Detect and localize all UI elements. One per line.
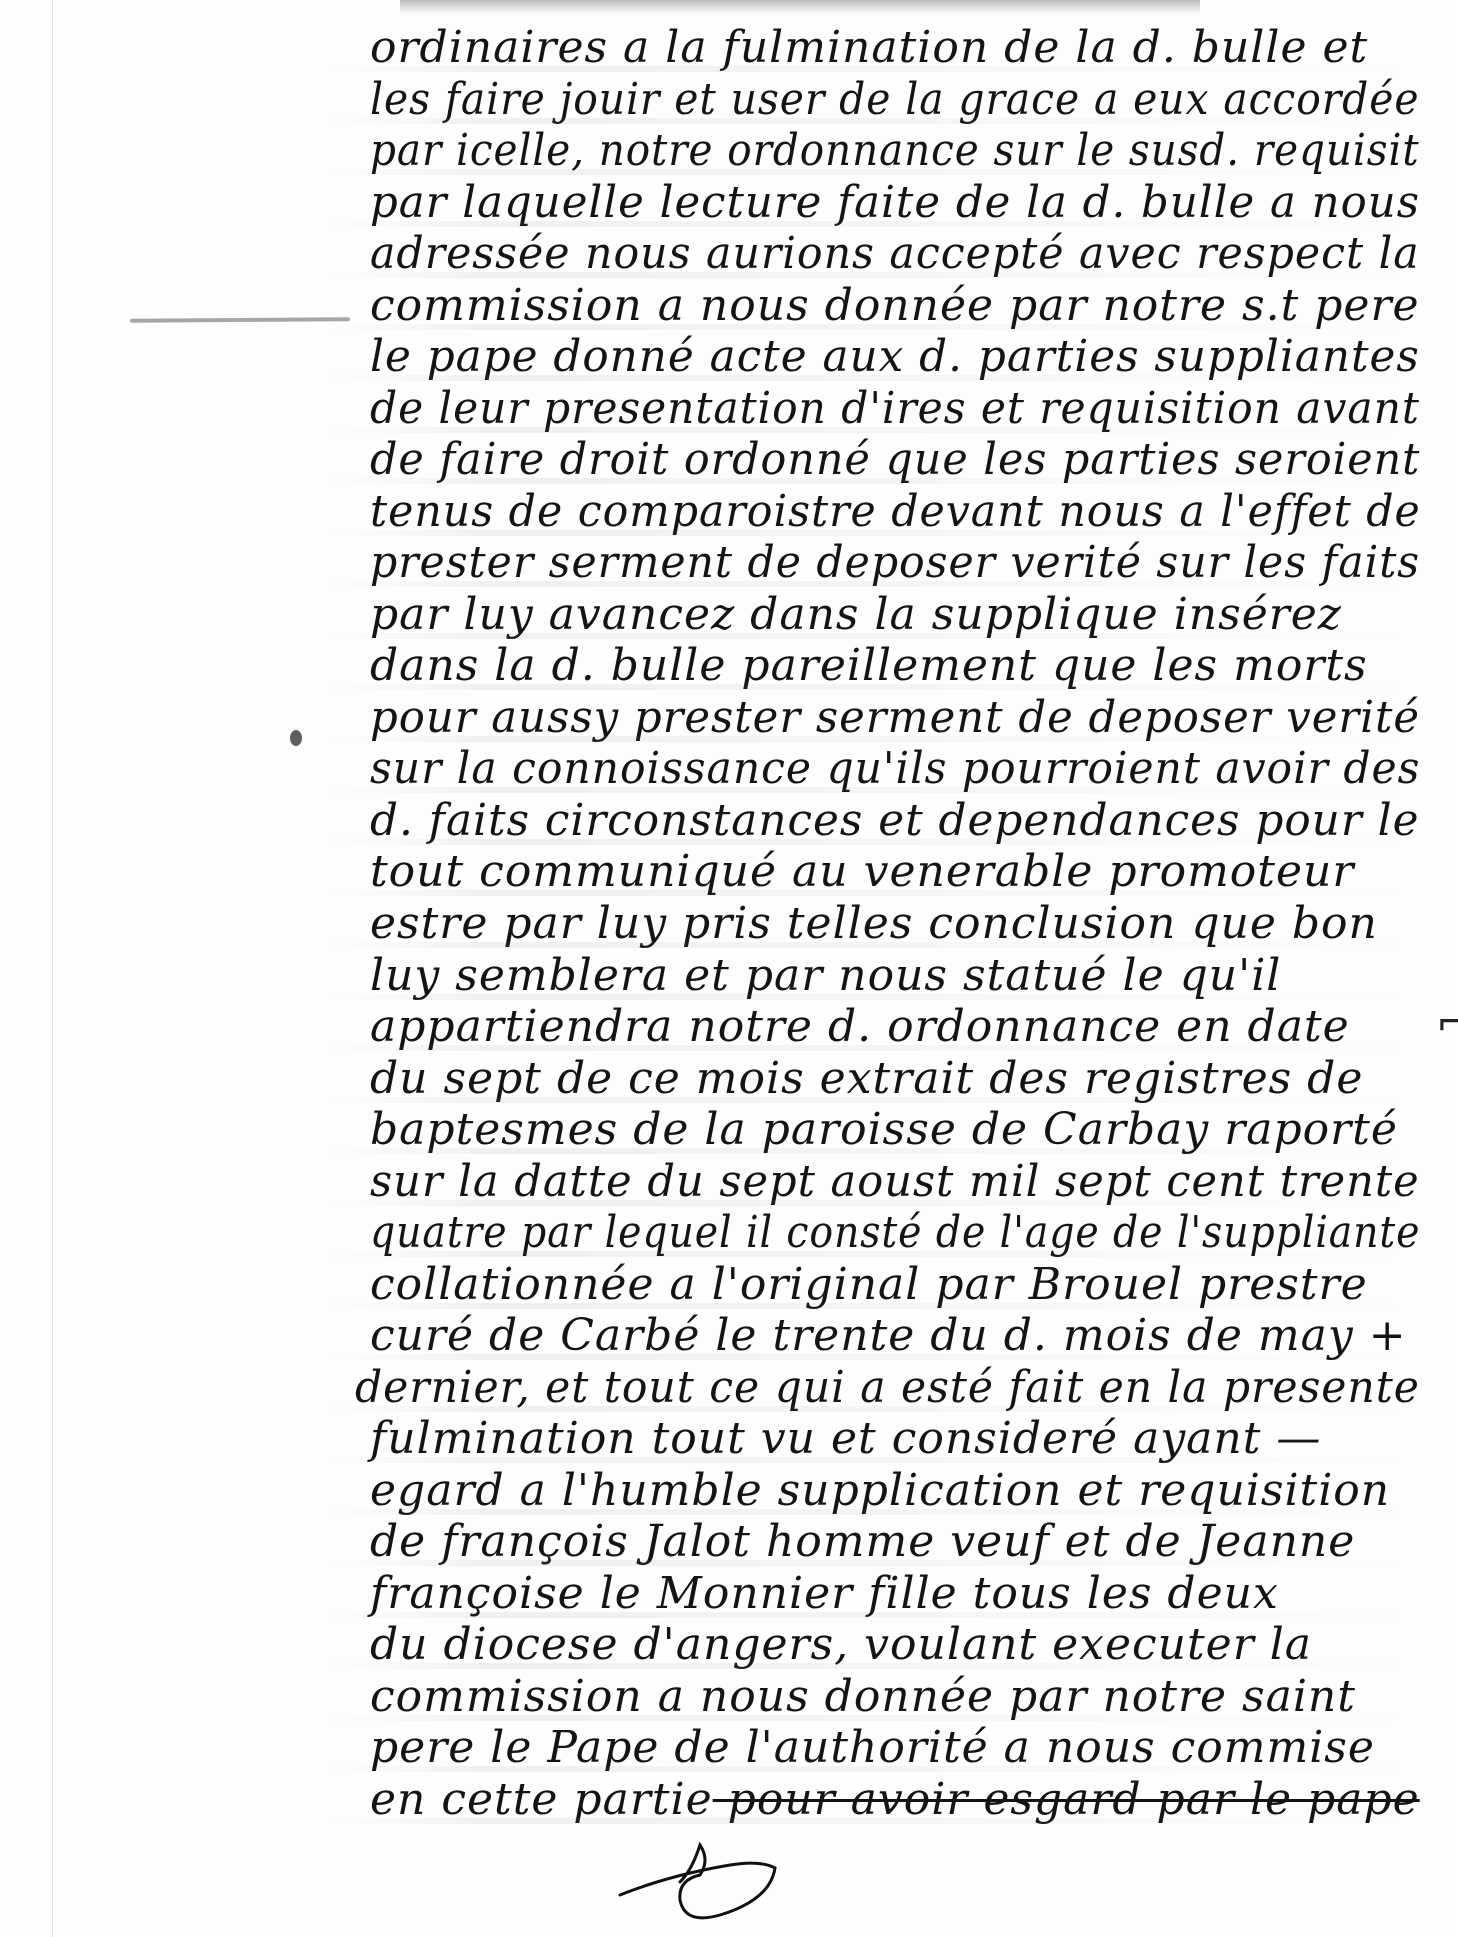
top-edge-smudge bbox=[400, 0, 1200, 14]
ink-smear bbox=[130, 317, 350, 323]
bleed-through-line bbox=[330, 1818, 1410, 1824]
bleed-through-line bbox=[330, 1457, 1410, 1463]
bleed-through-line bbox=[330, 839, 1410, 845]
bleed-through-line bbox=[330, 581, 1410, 587]
ink-blot bbox=[290, 730, 302, 746]
bleed-through-line bbox=[330, 633, 1410, 639]
bleed-through-line bbox=[330, 169, 1410, 175]
bleed-through-line bbox=[330, 1509, 1410, 1515]
bleed-through-line bbox=[330, 994, 1410, 1000]
bleed-through-line bbox=[330, 1045, 1410, 1051]
bleed-through-line bbox=[330, 272, 1410, 278]
bleed-through-line bbox=[330, 890, 1410, 896]
margin-mark: ⌐ bbox=[1436, 1000, 1458, 1046]
bleed-through-line bbox=[330, 1406, 1410, 1412]
bleed-through-line bbox=[330, 1251, 1410, 1257]
margin-rule bbox=[52, 0, 53, 1937]
bleed-through-line bbox=[330, 1097, 1410, 1103]
bleed-through-line bbox=[330, 375, 1410, 381]
bleed-through-line bbox=[330, 1148, 1410, 1154]
bleed-through-line bbox=[330, 787, 1410, 793]
bleed-through-line bbox=[330, 530, 1410, 536]
bleed-through-line bbox=[330, 66, 1410, 72]
bleed-through-line bbox=[330, 736, 1410, 742]
bleed-through-line bbox=[330, 324, 1410, 330]
manuscript-page: ordinaires a la fulmination de la d. bul… bbox=[0, 0, 1458, 1937]
bleed-through-line bbox=[330, 427, 1410, 433]
bleed-through-line bbox=[330, 942, 1410, 948]
bleed-through-line bbox=[330, 684, 1410, 690]
bleed-through-line bbox=[330, 118, 1410, 124]
bleed-through-line bbox=[330, 1715, 1410, 1721]
signature-paraph-icon bbox=[600, 1840, 800, 1930]
bleed-through-line bbox=[330, 221, 1410, 227]
bleed-through-line bbox=[330, 1200, 1410, 1206]
bleed-through-line bbox=[330, 1612, 1410, 1618]
bleed-through-line bbox=[330, 1303, 1410, 1309]
bleed-through-line bbox=[330, 478, 1410, 484]
bleed-through-line bbox=[330, 1766, 1410, 1772]
bleed-through-line bbox=[330, 1663, 1410, 1669]
bleed-through-line bbox=[330, 1560, 1410, 1566]
bleed-through-line bbox=[330, 1354, 1410, 1360]
